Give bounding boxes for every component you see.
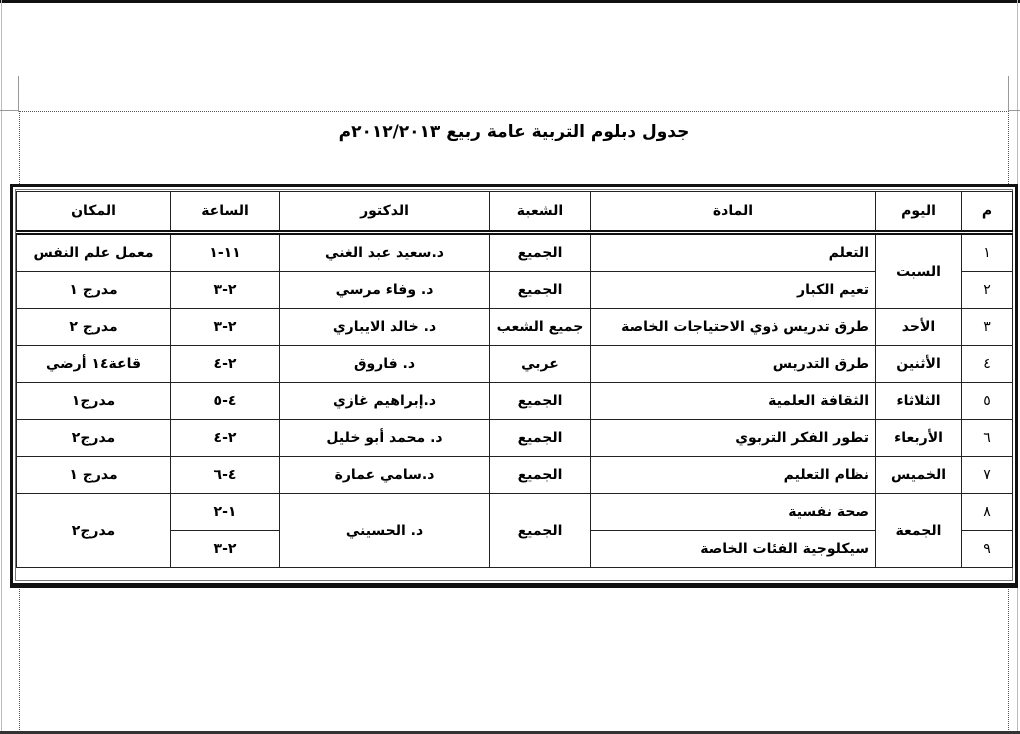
cell-place[interactable]: قاعة١٤ أرضي [17, 346, 171, 383]
cell-doctor[interactable]: د.سامي عمارة [280, 457, 490, 494]
header-subject[interactable]: المادة [591, 192, 876, 233]
cell-place[interactable]: معمل علم النفس [17, 233, 171, 272]
table-row: ٤ الأثنين طرق التدريس عربي د. فاروق ٢-٤ … [17, 346, 1013, 383]
cell-doctor[interactable]: د. الحسيني [280, 494, 490, 568]
crop-mark-right-vertical [1008, 76, 1009, 112]
cell-doctor[interactable]: د. محمد أبو خليل [280, 420, 490, 457]
cell-section[interactable]: الجميع [490, 457, 591, 494]
header-time[interactable]: الساعة [171, 192, 280, 233]
cell-section[interactable]: جميع الشعب [490, 309, 591, 346]
schedule-table[interactable]: م اليوم المادة الشعبة الدكتور الساعة الم… [16, 191, 1013, 568]
cell-subject[interactable]: التعلم [591, 233, 876, 272]
crop-mark-right-horizontal [1008, 110, 1020, 111]
cell-num[interactable]: ٦ [962, 420, 1013, 457]
cell-place[interactable]: مدرج٢ [17, 420, 171, 457]
cell-doctor[interactable]: د.سعيد عبد الغني [280, 233, 490, 272]
cell-time[interactable]: ٢-٣ [171, 309, 280, 346]
table-row: ٧ الخميس نظام التعليم الجميع د.سامي عمار… [17, 457, 1013, 494]
cell-time[interactable]: ٤-٥ [171, 383, 280, 420]
cell-day[interactable]: الأحد [876, 309, 962, 346]
cell-subject[interactable]: طرق التدريس [591, 346, 876, 383]
text-boundary-top [19, 111, 1009, 112]
table-row: ١ السبت التعلم الجميع د.سعيد عبد الغني ١… [17, 233, 1013, 272]
cell-subject[interactable]: تعيم الكبار [591, 272, 876, 309]
crop-mark-left-vertical [18, 76, 19, 112]
crop-mark-left-horizontal [0, 110, 18, 111]
header-section[interactable]: الشعبة [490, 192, 591, 233]
cell-place[interactable]: مدرج ١ [17, 457, 171, 494]
header-doctor[interactable]: الدكتور [280, 192, 490, 233]
cell-subject[interactable]: سيكلوجية الفئات الخاصة [591, 531, 876, 568]
cell-num[interactable]: ٢ [962, 272, 1013, 309]
cell-num[interactable]: ١ [962, 233, 1013, 272]
cell-section[interactable]: الجميع [490, 383, 591, 420]
cell-day[interactable]: الخميس [876, 457, 962, 494]
cell-day[interactable]: الأربعاء [876, 420, 962, 457]
table-row: ٢ تعيم الكبار الجميع د. وفاء مرسي ٢-٣ مد… [17, 272, 1013, 309]
window-top-border [0, 0, 1020, 3]
cell-subject[interactable]: صحة نفسية [591, 494, 876, 531]
cell-time[interactable]: ٤-٦ [171, 457, 280, 494]
cell-section[interactable]: الجميع [490, 272, 591, 309]
cell-time[interactable]: ٢-٣ [171, 531, 280, 568]
cell-section[interactable]: الجميع [490, 233, 591, 272]
table-header-row: م اليوم المادة الشعبة الدكتور الساعة الم… [17, 192, 1013, 233]
cell-doctor[interactable]: د. فاروق [280, 346, 490, 383]
cell-day[interactable]: الثلاثاء [876, 383, 962, 420]
cell-subject[interactable]: نظام التعليم [591, 457, 876, 494]
cell-place[interactable]: مدرج٢ [17, 494, 171, 568]
cell-time[interactable]: ٢-٣ [171, 272, 280, 309]
cell-doctor[interactable]: د.إبراهيم غازي [280, 383, 490, 420]
table-row: ٣ الأحد طرق تدريس ذوي الاحتياجات الخاصة … [17, 309, 1013, 346]
cell-day[interactable]: الأثنين [876, 346, 962, 383]
cell-place[interactable]: مدرج١ [17, 383, 171, 420]
header-num[interactable]: م [962, 192, 1013, 233]
cell-num[interactable]: ٧ [962, 457, 1013, 494]
cell-time[interactable]: ٢-٤ [171, 420, 280, 457]
cell-place[interactable]: مدرج ١ [17, 272, 171, 309]
document-title[interactable]: جدول دبلوم التربية عامة ربيع ٢٠١٢/٢٠١٣م [19, 118, 1009, 146]
cell-day[interactable]: السبت [876, 233, 962, 309]
header-day[interactable]: اليوم [876, 192, 962, 233]
cell-section[interactable]: عربي [490, 346, 591, 383]
cell-doctor[interactable]: د. وفاء مرسي [280, 272, 490, 309]
table-row: ٨ الجمعة صحة نفسية الجميع د. الحسيني ١-٢… [17, 494, 1013, 531]
cell-time[interactable]: ١١-١ [171, 233, 280, 272]
cell-subject[interactable]: طرق تدريس ذوي الاحتياجات الخاصة [591, 309, 876, 346]
cell-num[interactable]: ٤ [962, 346, 1013, 383]
document-page: جدول دبلوم التربية عامة ربيع ٢٠١٢/٢٠١٣م … [0, 0, 1020, 734]
header-place[interactable]: المكان [17, 192, 171, 233]
table-row: ٥ الثلاثاء الثقافة العلمية الجميع د.إبرا… [17, 383, 1013, 420]
cell-num[interactable]: ٥ [962, 383, 1013, 420]
cell-num[interactable]: ٣ [962, 309, 1013, 346]
cell-time[interactable]: ٢-٤ [171, 346, 280, 383]
schedule-table-frame: م اليوم المادة الشعبة الدكتور الساعة الم… [10, 184, 1018, 588]
cell-doctor[interactable]: د. خالد الايباري [280, 309, 490, 346]
cell-num[interactable]: ٩ [962, 531, 1013, 568]
cell-place[interactable]: مدرج ٢ [17, 309, 171, 346]
cell-section[interactable]: الجميع [490, 494, 591, 568]
cell-num[interactable]: ٨ [962, 494, 1013, 531]
cell-subject[interactable]: تطور الفكر التربوي [591, 420, 876, 457]
cell-day[interactable]: الجمعة [876, 494, 962, 568]
table-row: ٦ الأربعاء تطور الفكر التربوي الجميع د. … [17, 420, 1013, 457]
cell-subject[interactable]: الثقافة العلمية [591, 383, 876, 420]
cell-time[interactable]: ١-٢ [171, 494, 280, 531]
cell-section[interactable]: الجميع [490, 420, 591, 457]
